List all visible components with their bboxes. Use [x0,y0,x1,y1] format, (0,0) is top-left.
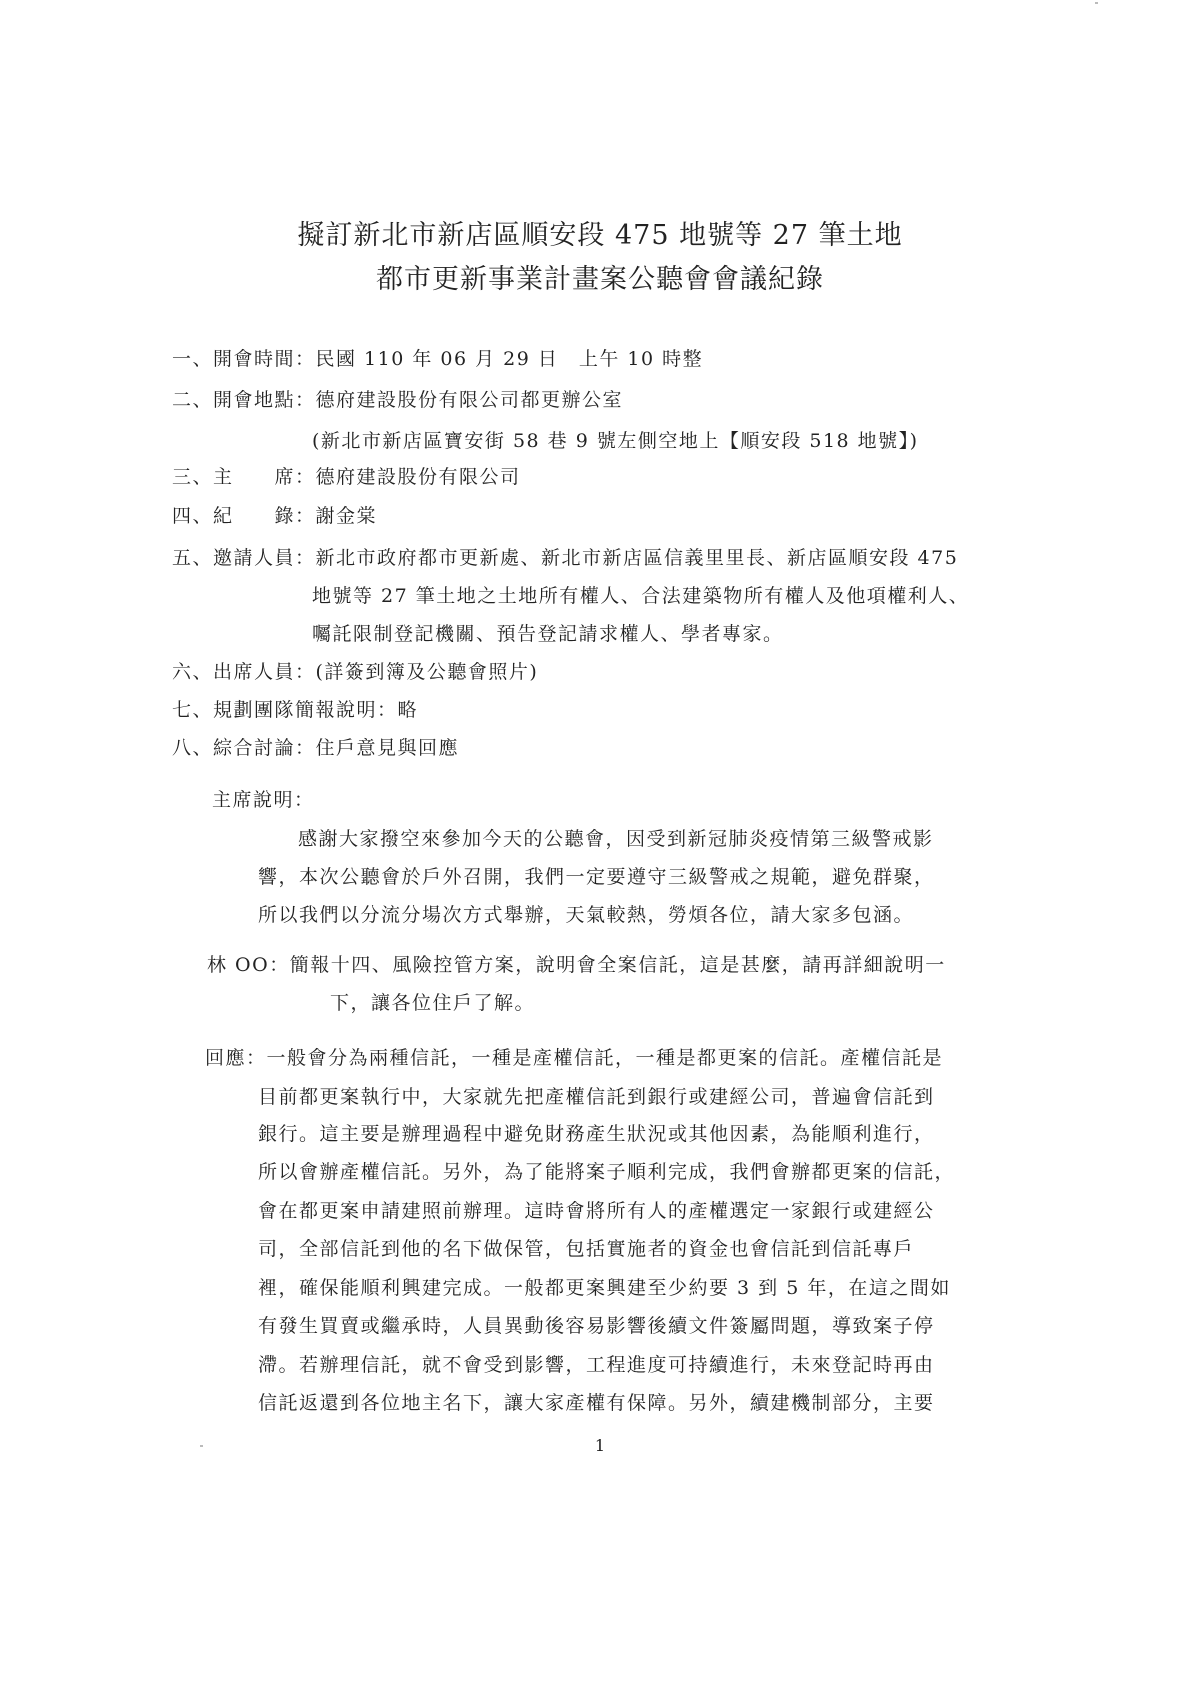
chair-statement-line: 感謝大家撥空來參加今天的公聽會，因受到新冠肺炎疫情第三級警戒影 [298,824,934,851]
item-value: (詳簽到簿及公聽會照片) [316,661,539,683]
response-line: 所以會辦產權信託。另外，為了能將案子順利完成，我們會辦都更案的信託， [258,1157,955,1184]
item-value: 住戶意見與回應 [316,737,460,759]
response-line: 滯。若辦理信託，就不會受到影響，工程進度可持續進行，未來登記時再由 [258,1350,935,1377]
item-discussion: 八、綜合討論：住戶意見與回應 [172,733,459,760]
document-title-line-2: 都市更新事業計畫案公聽會會議紀錄 [0,257,1200,296]
item-label: 四、紀 錄： [172,501,316,528]
response-text: 一般會分為兩種信託，一種是產權信託，一種是都更案的信託。產權信託是 [267,1047,944,1069]
item-label: 一、開會時間： [172,344,316,371]
item-label: 六、出席人員： [172,657,316,684]
item-label: 三、主 席： [172,462,316,489]
item-meeting-time: 一、開會時間：民國 110 年 06 月 29 日 上午 10 時整 [172,344,703,371]
response-line: 回應：一般會分為兩種信託，一種是產權信託，一種是都更案的信託。產權信託是 [205,1043,943,1070]
scan-speck [1095,2,1098,4]
page-number: 1 [0,1436,1200,1455]
response-line: 信託返還到各位地主名下，讓大家產權有保障。另外，續建機制部分，主要 [258,1388,935,1415]
item-label: 八、綜合討論： [172,733,316,760]
question-line-cont: 下，讓各位住戶了解。 [330,988,535,1015]
item-value: 新北市政府都市更新處、新北市新店區信義里里長、新店區順安段 475 [316,547,959,569]
item-invitees-cont-2: 囑託限制登記機關、預告登記請求權人、學者專家。 [312,619,784,646]
response-line: 會在都更案申請建照前辦理。這時會將所有人的產權選定一家銀行或建經公 [258,1196,935,1223]
response-label: 回應： [205,1043,267,1070]
document-title-line-1: 擬訂新北市新店區順安段 475 地號等 27 筆土地 [0,213,1200,252]
item-meeting-location: 二、開會地點：德府建設股份有限公司都更辦公室 [172,385,623,412]
scan-speck [200,1445,203,1447]
chair-statement-line: 響，本次公聽會於戶外召開，我們一定要遵守三級警戒之規範，避免群聚， [258,862,935,889]
item-value: 德府建設股份有限公司都更辦公室 [316,389,624,411]
item-label: 二、開會地點： [172,385,316,412]
item-value: 民國 110 年 06 月 29 日 上午 10 時整 [316,348,704,370]
item-briefing: 七、規劃團隊簡報說明：略 [172,695,418,722]
response-line: 有發生買賣或繼承時，人員異動後容易影響後續文件簽屬問題，導致案子停 [258,1311,935,1338]
item-value: 德府建設股份有限公司 [316,466,521,488]
response-line: 司，全部信託到他的名下做保管，包括實施者的資金也會信託到信託專戶 [258,1234,914,1261]
response-line: 目前都更案執行中，大家就先把產權信託到銀行或建經公司，普遍會信託到 [258,1082,935,1109]
item-recorder: 四、紀 錄：謝金棠 [172,501,377,528]
item-meeting-location-address: (新北市新店區寶安街 58 巷 9 號左側空地上【順安段 518 地號】) [312,426,919,453]
item-attendees: 六、出席人員：(詳簽到簿及公聽會照片) [172,657,538,684]
response-line: 裡，確保能順利興建完成。一般都更案興建至少約要 3 到 5 年，在這之間如 [258,1273,951,1300]
item-label: 五、邀請人員： [172,543,316,570]
question-text: 簡報十四、風險控管方案，說明會全案信託，這是甚麼，請再詳細說明一 [290,954,946,976]
document-page: 擬訂新北市新店區順安段 475 地號等 27 筆土地 都市更新事業計畫案公聽會會… [0,0,1200,1697]
item-value: 略 [398,699,419,721]
question-speaker: 林 OO： [207,950,290,977]
question-line: 林 OO：簡報十四、風險控管方案，說明會全案信託，這是甚麼，請再詳細說明一 [207,950,946,977]
chair-statement-heading: 主席說明： [212,785,315,812]
item-chair: 三、主 席：德府建設股份有限公司 [172,462,521,489]
item-invitees-cont-1: 地號等 27 筆土地之土地所有權人、合法建築物所有權人及他項權利人、 [312,581,969,608]
response-line: 銀行。這主要是辦理過程中避免財務產生狀況或其他因素，為能順利進行， [258,1119,935,1146]
item-value: 謝金棠 [316,505,378,527]
item-invitees: 五、邀請人員：新北市政府都市更新處、新北市新店區信義里里長、新店區順安段 475 [172,543,958,570]
item-label: 七、規劃團隊簡報說明： [172,695,398,722]
chair-statement-line: 所以我們以分流分場次方式舉辦，天氣較熱，勞煩各位，請大家多包涵。 [258,900,914,927]
